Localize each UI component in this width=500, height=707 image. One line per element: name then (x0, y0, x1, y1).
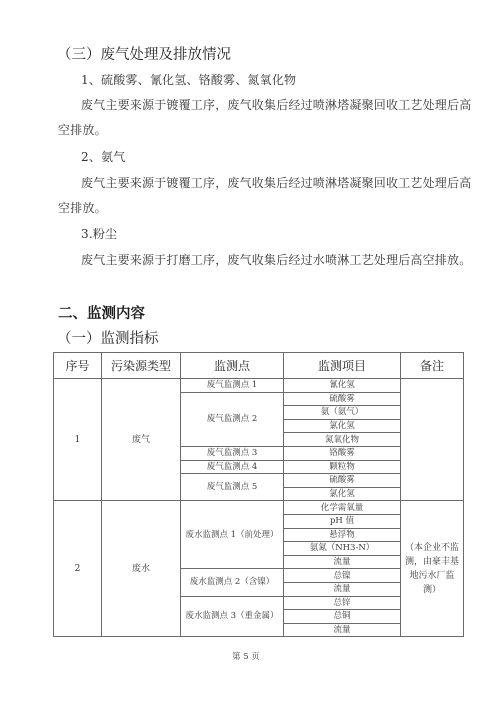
row-source-type: 废水 (102, 501, 181, 637)
item2-paragraph-line1: 废气主要来源于镀覆工序，废气收集后经过喷淋塔凝聚回收工艺处理后高 (81, 174, 471, 191)
monitor-section-heading: 二、监测内容 (58, 302, 145, 323)
monitor-point: 废气监测点 3 (181, 446, 284, 460)
monitor-item: 总镍 (284, 569, 401, 583)
item3-title: 3.粉尘 (81, 225, 117, 242)
monitor-item: 硫酸雾 (284, 474, 401, 488)
row-note: （本企业不监测，由豪丰基地污水厂监测） (401, 501, 464, 637)
monitor-point: 废水监测点 1（前处理） (181, 501, 284, 569)
item3-paragraph-line1: 废气主要来源于打磨工序，废气收集后经过水喷淋工艺处理后高空排放。 (81, 251, 471, 268)
monitor-item: 铬酸雾 (284, 446, 401, 460)
monitor-item: 氰化氢 (284, 379, 401, 393)
table-row: 2 废水 废水监测点 1（前处理） 化学需氧量 （本企业不监测，由豪丰基地污水厂… (54, 501, 464, 515)
item1-paragraph-line1: 废气主要来源于镀覆工序，废气收集后经过喷淋塔凝聚回收工艺处理后高 (81, 96, 471, 113)
monitor-item: 化学需氧量 (284, 501, 401, 515)
monitor-item: 悬浮物 (284, 528, 401, 542)
monitor-item: 流量 (284, 582, 401, 596)
row-no: 2 (54, 501, 102, 637)
header-source-type: 污染源类型 (102, 353, 181, 379)
monitor-point: 废水监测点 3（重金属） (181, 596, 284, 637)
section3-heading: （三）废气处理及排放情况 (57, 43, 231, 64)
row-source-type: 废气 (102, 379, 181, 501)
item1-title: 1、硫酸雾、氰化氢、铬酸雾、氮氧化物 (81, 71, 296, 88)
item1-paragraph-line2: 空排放。 (58, 121, 107, 138)
table-row: 1 废气 废气监测点 1 氰化氢 (54, 379, 464, 393)
monitor-item: pH 值 (284, 514, 401, 528)
row-note (401, 379, 464, 501)
header-no: 序号 (54, 353, 102, 379)
monitor-item: 氮氧化物 (284, 433, 401, 447)
table-header-row: 序号 污染源类型 监测点 监测项目 备注 (54, 353, 464, 379)
monitor-item: 总锌 (284, 596, 401, 610)
monitor-point: 废水监测点 2（含镍） (181, 569, 284, 596)
monitor-point: 废气监测点 5 (181, 474, 284, 501)
header-monitor-point: 监测点 (181, 353, 284, 379)
monitor-subheading: （一）监测指标 (57, 327, 159, 348)
page-number: 第 5 页 (232, 650, 260, 662)
item2-paragraph-line2: 空排放。 (58, 199, 107, 216)
monitoring-table: 序号 污染源类型 监测点 监测项目 备注 1 废气 废气监测点 1 氰化氢 废气… (53, 352, 464, 637)
monitor-item: 氯化氢 (284, 419, 401, 433)
monitor-point: 废气监测点 2 (181, 392, 284, 446)
monitor-item: 流量 (284, 555, 401, 569)
monitor-point: 废气监测点 1 (181, 379, 284, 393)
monitor-item: 总铜 (284, 610, 401, 624)
item2-title: 2、氨气 (81, 148, 125, 165)
monitor-item: 氨（氨气） (284, 406, 401, 420)
row-no: 1 (54, 379, 102, 501)
monitor-item: 硫酸雾 (284, 392, 401, 406)
monitor-item: 流量 (284, 623, 401, 637)
header-note: 备注 (401, 353, 464, 379)
monitor-item: 氯化氢 (284, 487, 401, 501)
monitor-item: 氨氮（NH3-N） (284, 542, 401, 556)
monitor-point: 废气监测点 4 (181, 460, 284, 474)
monitor-item: 颗粒物 (284, 460, 401, 474)
header-monitor-item: 监测项目 (284, 353, 401, 379)
